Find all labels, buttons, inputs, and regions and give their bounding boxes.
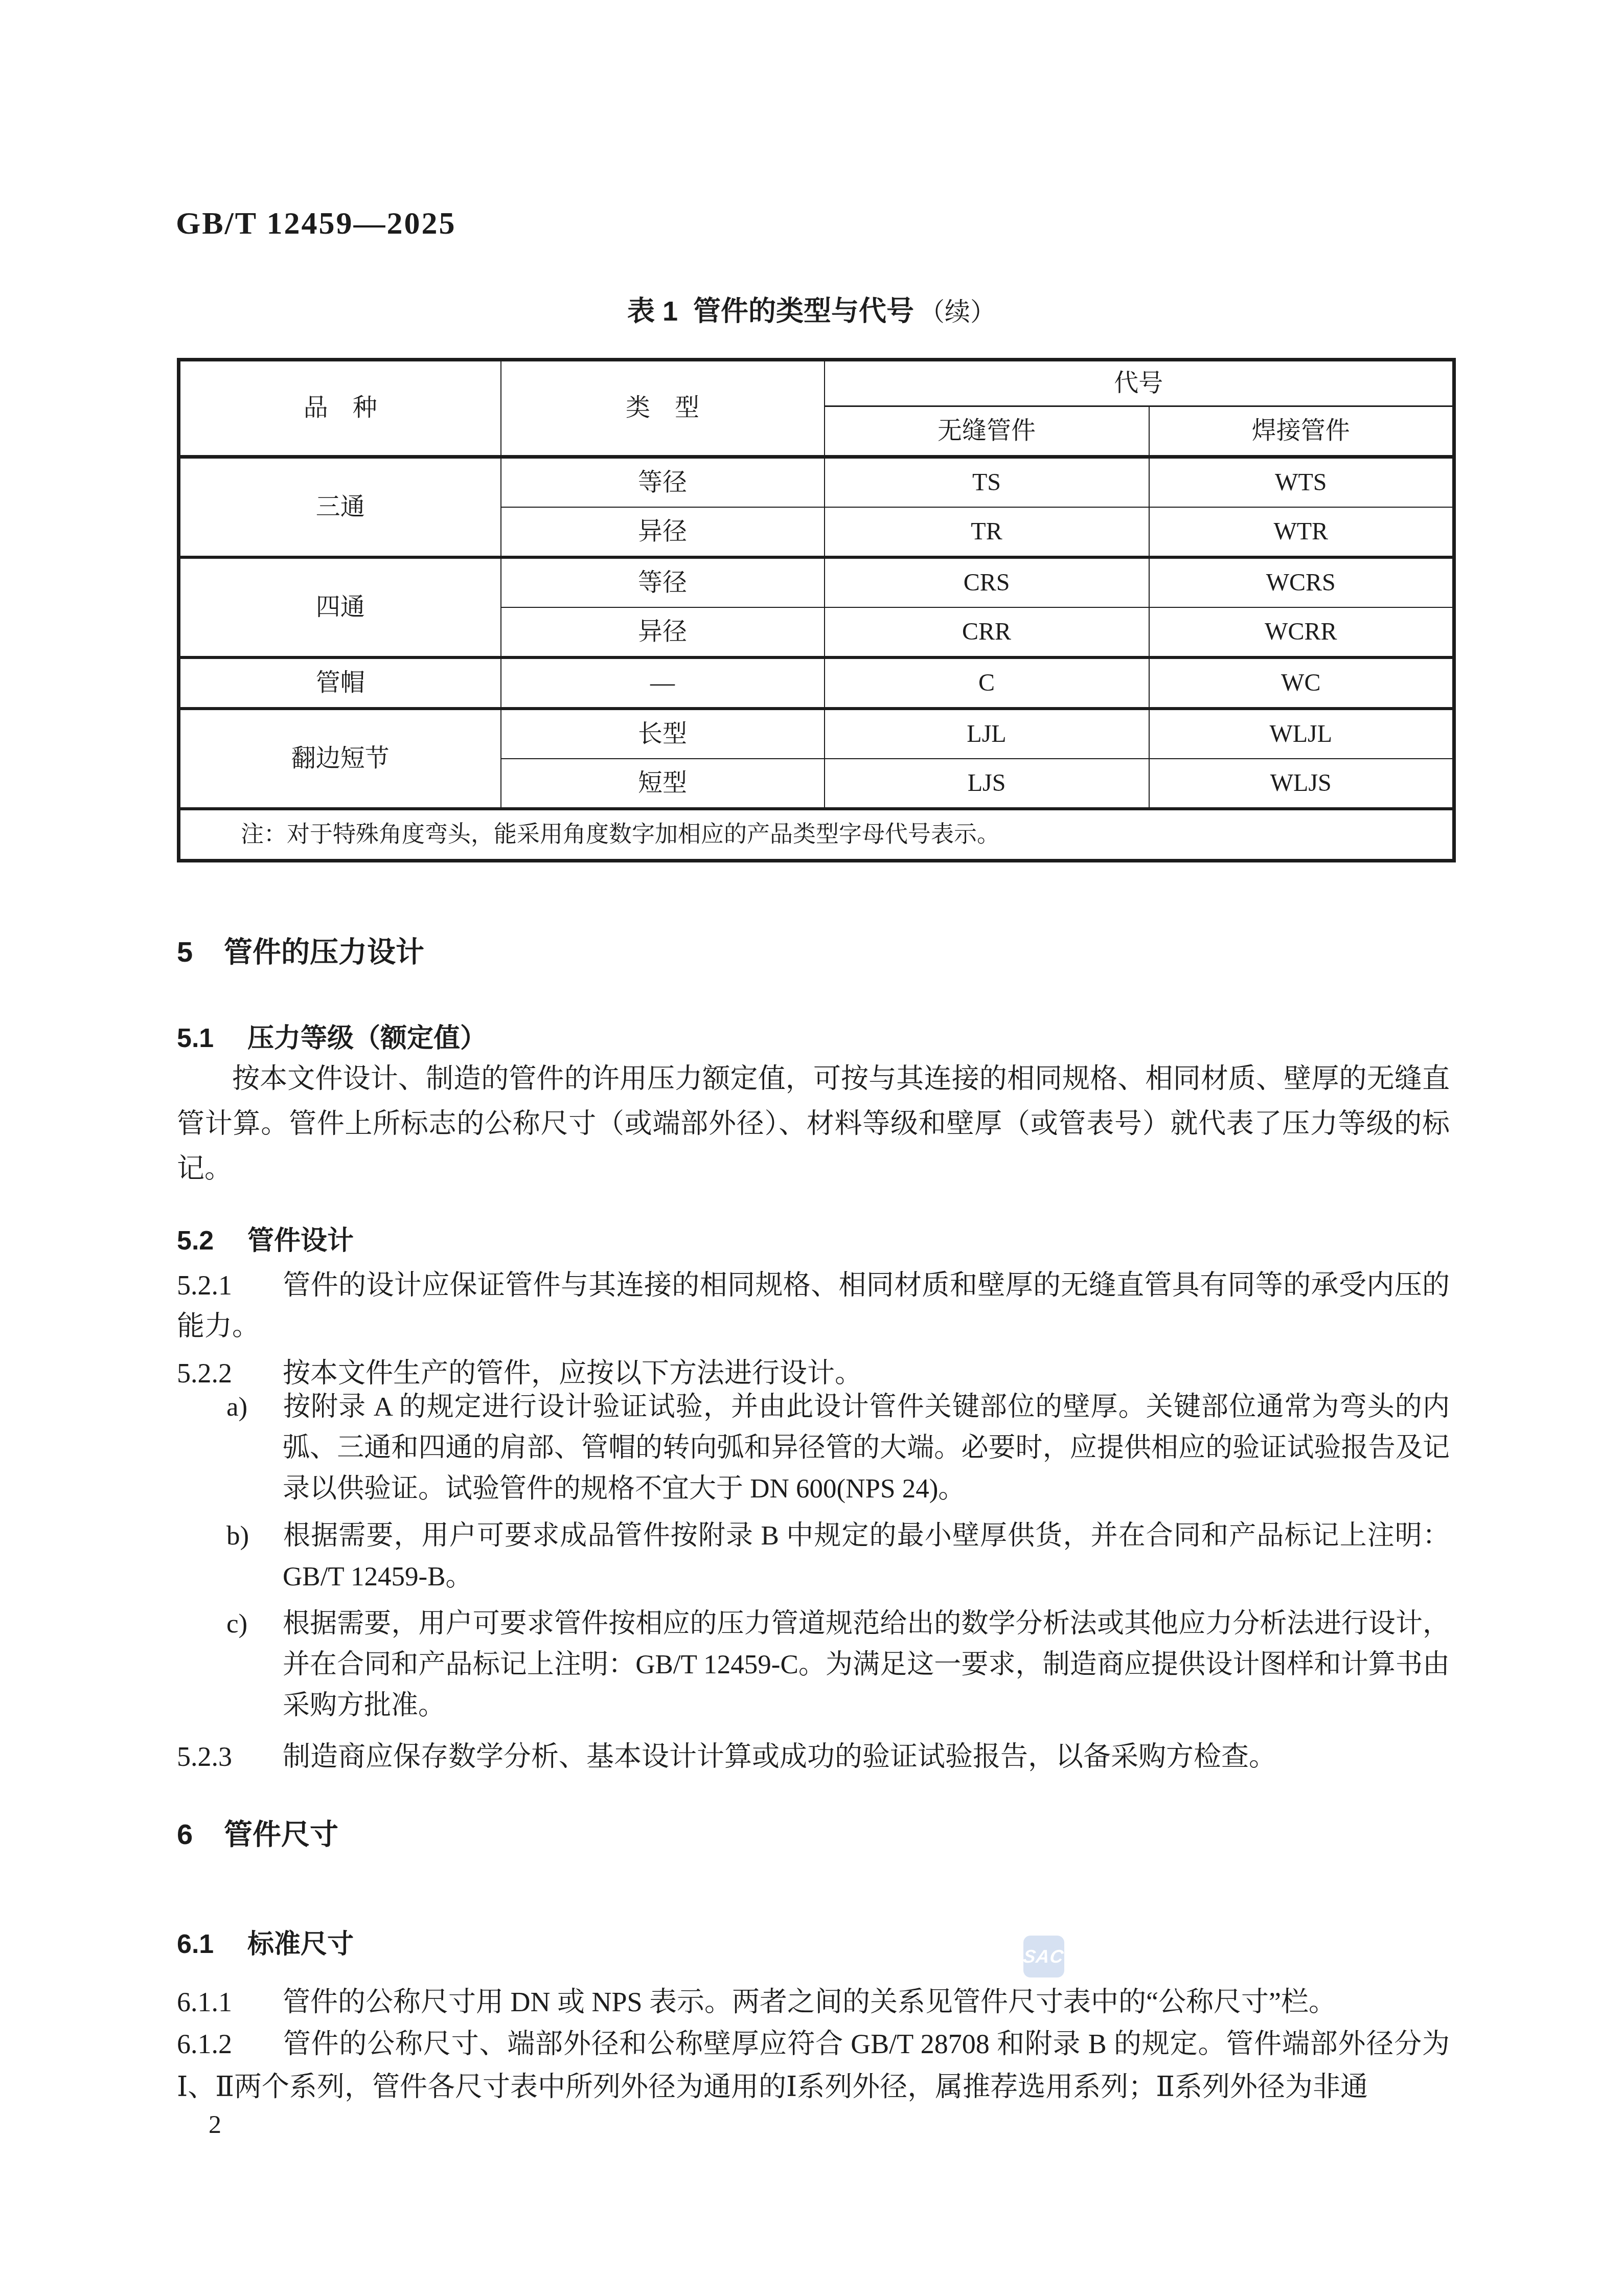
section-title: 压力等级（额定值） (247, 1024, 487, 1053)
section-number: 5.1 (177, 1023, 247, 1054)
cell-seamless-code: LJS (825, 759, 1149, 809)
document-page: GB/T 12459—2025 表 1管件的类型与代号（续） 品 种 类 型 代… (0, 0, 1623, 2296)
section-title: 管件设计 (247, 1226, 354, 1256)
table-note-row: 注：对于特殊角度弯头，能采用角度数字加相应的产品类型字母代号表示。 (179, 809, 1454, 861)
list-item-c: c)根据需要，用户可要求管件按相应的压力管道规范给出的数学分析法或其他应力分析法… (226, 1603, 1450, 1726)
section-6-1-heading: 6.1标准尺寸 (177, 1922, 354, 1961)
table-caption-text: 管件的类型与代号 (693, 296, 914, 327)
paragraph-5-1: 按本文件设计、制造的管件的许用压力额定值，可按与其连接的相同规格、相同材质、壁厚… (177, 1056, 1450, 1191)
paragraph-6-1-1: 6.1.1管件的公称尺寸用 DN 或 NPS 表示。两者之间的关系见管件尺寸表中… (177, 1982, 1450, 2022)
page-number: 2 (209, 2109, 221, 2139)
table-caption-label: 表 1 (627, 296, 678, 327)
paragraph-text: 管件的设计应保证管件与其连接的相同规格、相同材质和壁厚的无缝直管具有同等的承受内… (177, 1270, 1450, 1342)
section-5-heading: 5管件的压力设计 (177, 929, 424, 970)
table-caption: 表 1管件的类型与代号（续） (0, 289, 1623, 329)
paragraph-text: 制造商应保存数学分析、基本设计计算或成功的验证试验报告，以备采购方检查。 (283, 1741, 1276, 1772)
header-cell-welded: 焊接管件 (1149, 406, 1454, 457)
section-number: 5 (177, 935, 224, 968)
paragraph-number: 5.2.3 (177, 1736, 283, 1777)
cell-seamless-code: TS (825, 457, 1149, 508)
paragraph-number: 6.1.1 (177, 1982, 283, 2022)
paragraph-5-2-1: 5.2.1管件的设计应保证管件与其连接的相同规格、相同材质和壁厚的无缝直管具有同… (177, 1265, 1450, 1347)
cell-type: 等径 (501, 557, 825, 607)
section-title: 标准尺寸 (247, 1929, 354, 1959)
table-header-row-1: 品 种 类 型 代号 (179, 360, 1454, 406)
header-cell-type: 类 型 (501, 360, 825, 457)
list-item-text: 根据需要，用户可要求成品管件按附录 B 中规定的最小壁厚供货，并在合同和产品标记… (283, 1521, 1450, 1592)
cell-type: 长型 (501, 709, 825, 759)
cell-product-cross: 四通 (179, 557, 501, 657)
cell-welded-code: WCRR (1149, 607, 1454, 657)
section-number: 6.1 (177, 1929, 247, 1960)
design-method-list: a)按附录 A 的规定进行设计验证试验，并由此设计管件关键部位的壁厚。关键部位通… (226, 1386, 1450, 1732)
header-cell-product: 品 种 (179, 360, 501, 457)
cell-seamless-code: CRR (825, 607, 1149, 657)
cell-seamless-code: TR (825, 507, 1149, 557)
section-5-2-heading: 5.2管件设计 (177, 1219, 354, 1257)
cell-product-lapjoint: 翻边短节 (179, 709, 501, 809)
table-caption-suffix: （续） (919, 298, 996, 326)
sac-watermark-text: SAC (1023, 1946, 1064, 1967)
table-note: 注：对于特殊角度弯头，能采用角度数字加相应的产品类型字母代号表示。 (179, 809, 1454, 861)
list-marker: a) (226, 1386, 283, 1427)
paragraph-text: 按本文件生产的管件，应按以下方法进行设计。 (283, 1358, 862, 1389)
table-row: 翻边短节 长型 LJL WLJL (179, 709, 1454, 759)
header-cell-code: 代号 (825, 360, 1454, 406)
cell-type: — (501, 657, 825, 709)
table-row: 三通 等径 TS WTS (179, 457, 1454, 508)
cell-seamless-code: C (825, 657, 1149, 709)
section-number: 5.2 (177, 1225, 247, 1256)
paragraph-number: 6.1.2 (177, 2022, 283, 2065)
cell-type: 异径 (501, 607, 825, 657)
section-5-1-heading: 5.1压力等级（额定值） (177, 1016, 487, 1055)
paragraph-text: 管件的公称尺寸、端部外径和公称壁厚应符合 GB/T 28708 和附录 B 的规… (177, 2029, 1450, 2102)
cell-seamless-code: LJL (825, 709, 1149, 759)
list-item-text: 根据需要，用户可要求管件按相应的压力管道规范给出的数学分析法或其他应力分析法进行… (283, 1609, 1450, 1720)
list-item-text: 按附录 A 的规定进行设计验证试验，并由此设计管件关键部位的壁厚。关键部位通常为… (283, 1392, 1450, 1504)
cell-welded-code: WLJL (1149, 709, 1454, 759)
section-number: 6 (177, 1817, 224, 1851)
section-6-heading: 6管件尺寸 (177, 1812, 338, 1853)
cell-type: 异径 (501, 507, 825, 557)
section-title: 管件尺寸 (224, 1818, 338, 1850)
cell-welded-code: WLJS (1149, 759, 1454, 809)
cell-welded-code: WCRS (1149, 557, 1454, 607)
paragraph-number: 5.2.1 (177, 1265, 283, 1306)
cell-seamless-code: CRS (825, 557, 1149, 607)
cell-welded-code: WC (1149, 657, 1454, 709)
section-title: 管件的压力设计 (224, 936, 424, 968)
paragraph-text: 管件的公称尺寸用 DN 或 NPS 表示。两者之间的关系见管件尺寸表中的“公称尺… (283, 1987, 1336, 2017)
fittings-type-code-table: 品 种 类 型 代号 无缝管件 焊接管件 三通 等径 TS WTS 异径 TR … (177, 358, 1456, 862)
standard-code: GB/T 12459—2025 (176, 206, 456, 242)
sac-watermark-logo: SAC (1023, 1936, 1064, 1977)
paragraph-5-2-3: 5.2.3制造商应保存数学分析、基本设计计算或成功的验证试验报告，以备采购方检查… (177, 1736, 1450, 1777)
list-marker: b) (226, 1515, 283, 1556)
cell-product-cap: 管帽 (179, 657, 501, 709)
cell-product-tee: 三通 (179, 457, 501, 558)
cell-type: 等径 (501, 457, 825, 508)
cell-welded-code: WTS (1149, 457, 1454, 508)
list-item-b: b)根据需要，用户可要求成品管件按附录 B 中规定的最小壁厚供货，并在合同和产品… (226, 1515, 1450, 1597)
list-item-a: a)按附录 A 的规定进行设计验证试验，并由此设计管件关键部位的壁厚。关键部位通… (226, 1386, 1450, 1509)
cell-type: 短型 (501, 759, 825, 809)
list-marker: c) (226, 1603, 283, 1644)
header-cell-seamless: 无缝管件 (825, 406, 1149, 457)
cell-welded-code: WTR (1149, 507, 1454, 557)
table-row: 管帽 — C WC (179, 657, 1454, 709)
paragraph-6-1-2: 6.1.2管件的公称尺寸、端部外径和公称壁厚应符合 GB/T 28708 和附录… (177, 2022, 1450, 2108)
table-row: 四通 等径 CRS WCRS (179, 557, 1454, 607)
